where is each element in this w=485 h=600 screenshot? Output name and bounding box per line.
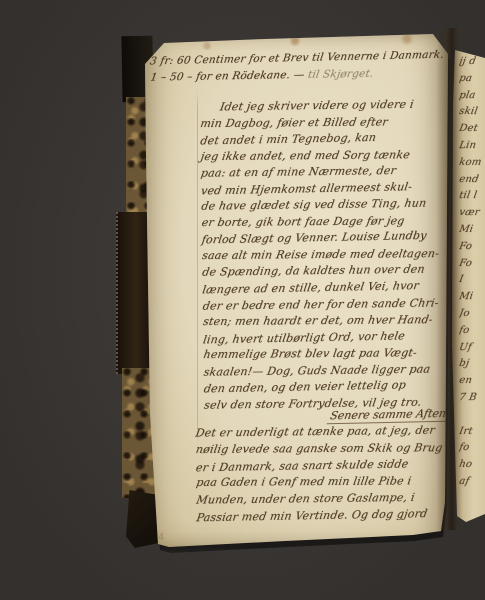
diary-entry-line: Idet jeg skriver videre og videre i — [199, 96, 439, 116]
next-page-text-fragment: 7 B — [459, 390, 485, 407]
photo-background: jj dpaplaskilDetLinkomendtil lværMiFoFoI… — [0, 0, 485, 600]
next-page-text-fragment: bj — [459, 356, 485, 373]
entry-dateline-wrap: Senere samme Aften — [328, 402, 448, 425]
next-page-text-fragment: Mi — [459, 222, 485, 239]
next-page-text-fragment: Lin — [459, 138, 485, 155]
next-page-text-fragment — [459, 407, 485, 424]
next-page-text-fragment: pa — [459, 71, 485, 88]
next-page-text-fragment: Fo — [459, 256, 485, 273]
diary-entry-paragraph-1: Idet jeg skriver videre og videre imin D… — [200, 96, 441, 414]
next-page-text-fragment: end — [459, 172, 485, 189]
next-page-text-fragment: I — [459, 272, 485, 289]
expense-note-text: 1 – 50 – for en Rödekane. — — [149, 69, 308, 84]
next-page-text-fragment: kom — [459, 155, 485, 172]
next-page-text-fragment: fo — [459, 440, 485, 457]
next-page-text-fragment: Jo — [459, 306, 485, 323]
next-page-text-fragment: Mi — [459, 289, 485, 306]
next-page-text-fragment: Det — [459, 121, 485, 138]
expense-note-faint-text: til Skjørget. — [307, 68, 374, 81]
diary-entry-line: Passiar med min Vertinde. Og dog gjord — [195, 506, 445, 527]
book-spine-strip — [116, 212, 150, 374]
next-page-text-fragment: ho — [459, 457, 485, 474]
next-page-text-fragment: Fo — [459, 239, 485, 256]
next-page-text-fragment: vær — [459, 205, 485, 222]
next-page-edge: jj dpaplaskilDetLinkomendtil lværMiFoFoI… — [452, 44, 485, 524]
next-page-text-fragment: af — [459, 474, 485, 491]
next-page-text-fragments: jj dpaplaskilDetLinkomendtil lværMiFoFoI… — [459, 54, 485, 491]
next-page-text-fragment: Uf — [459, 339, 485, 356]
next-page-text-fragment: skil — [459, 104, 485, 121]
next-page-text-fragment: Irt — [459, 424, 485, 441]
diary-page: 3 fr: 60 Centimer for et Brev til Venner… — [145, 34, 448, 549]
next-page-text-fragment: en — [459, 373, 485, 390]
next-page-text-fragment: pla — [459, 88, 485, 105]
diary-entry-line: Det er underligt at tænke paa, at jeg, d… — [194, 422, 444, 442]
diary-entry-paragraph-2: Det er underligt at tænke paa, at jeg, d… — [195, 422, 443, 526]
next-page-text-fragment: jj d — [459, 54, 485, 71]
expense-notes: 3 fr: 60 Centimer for et Brev til Venner… — [150, 47, 445, 88]
margin-rule — [197, 90, 198, 446]
next-page-text-fragment: fo — [459, 323, 485, 340]
next-page-text-fragment: til l — [459, 188, 485, 205]
